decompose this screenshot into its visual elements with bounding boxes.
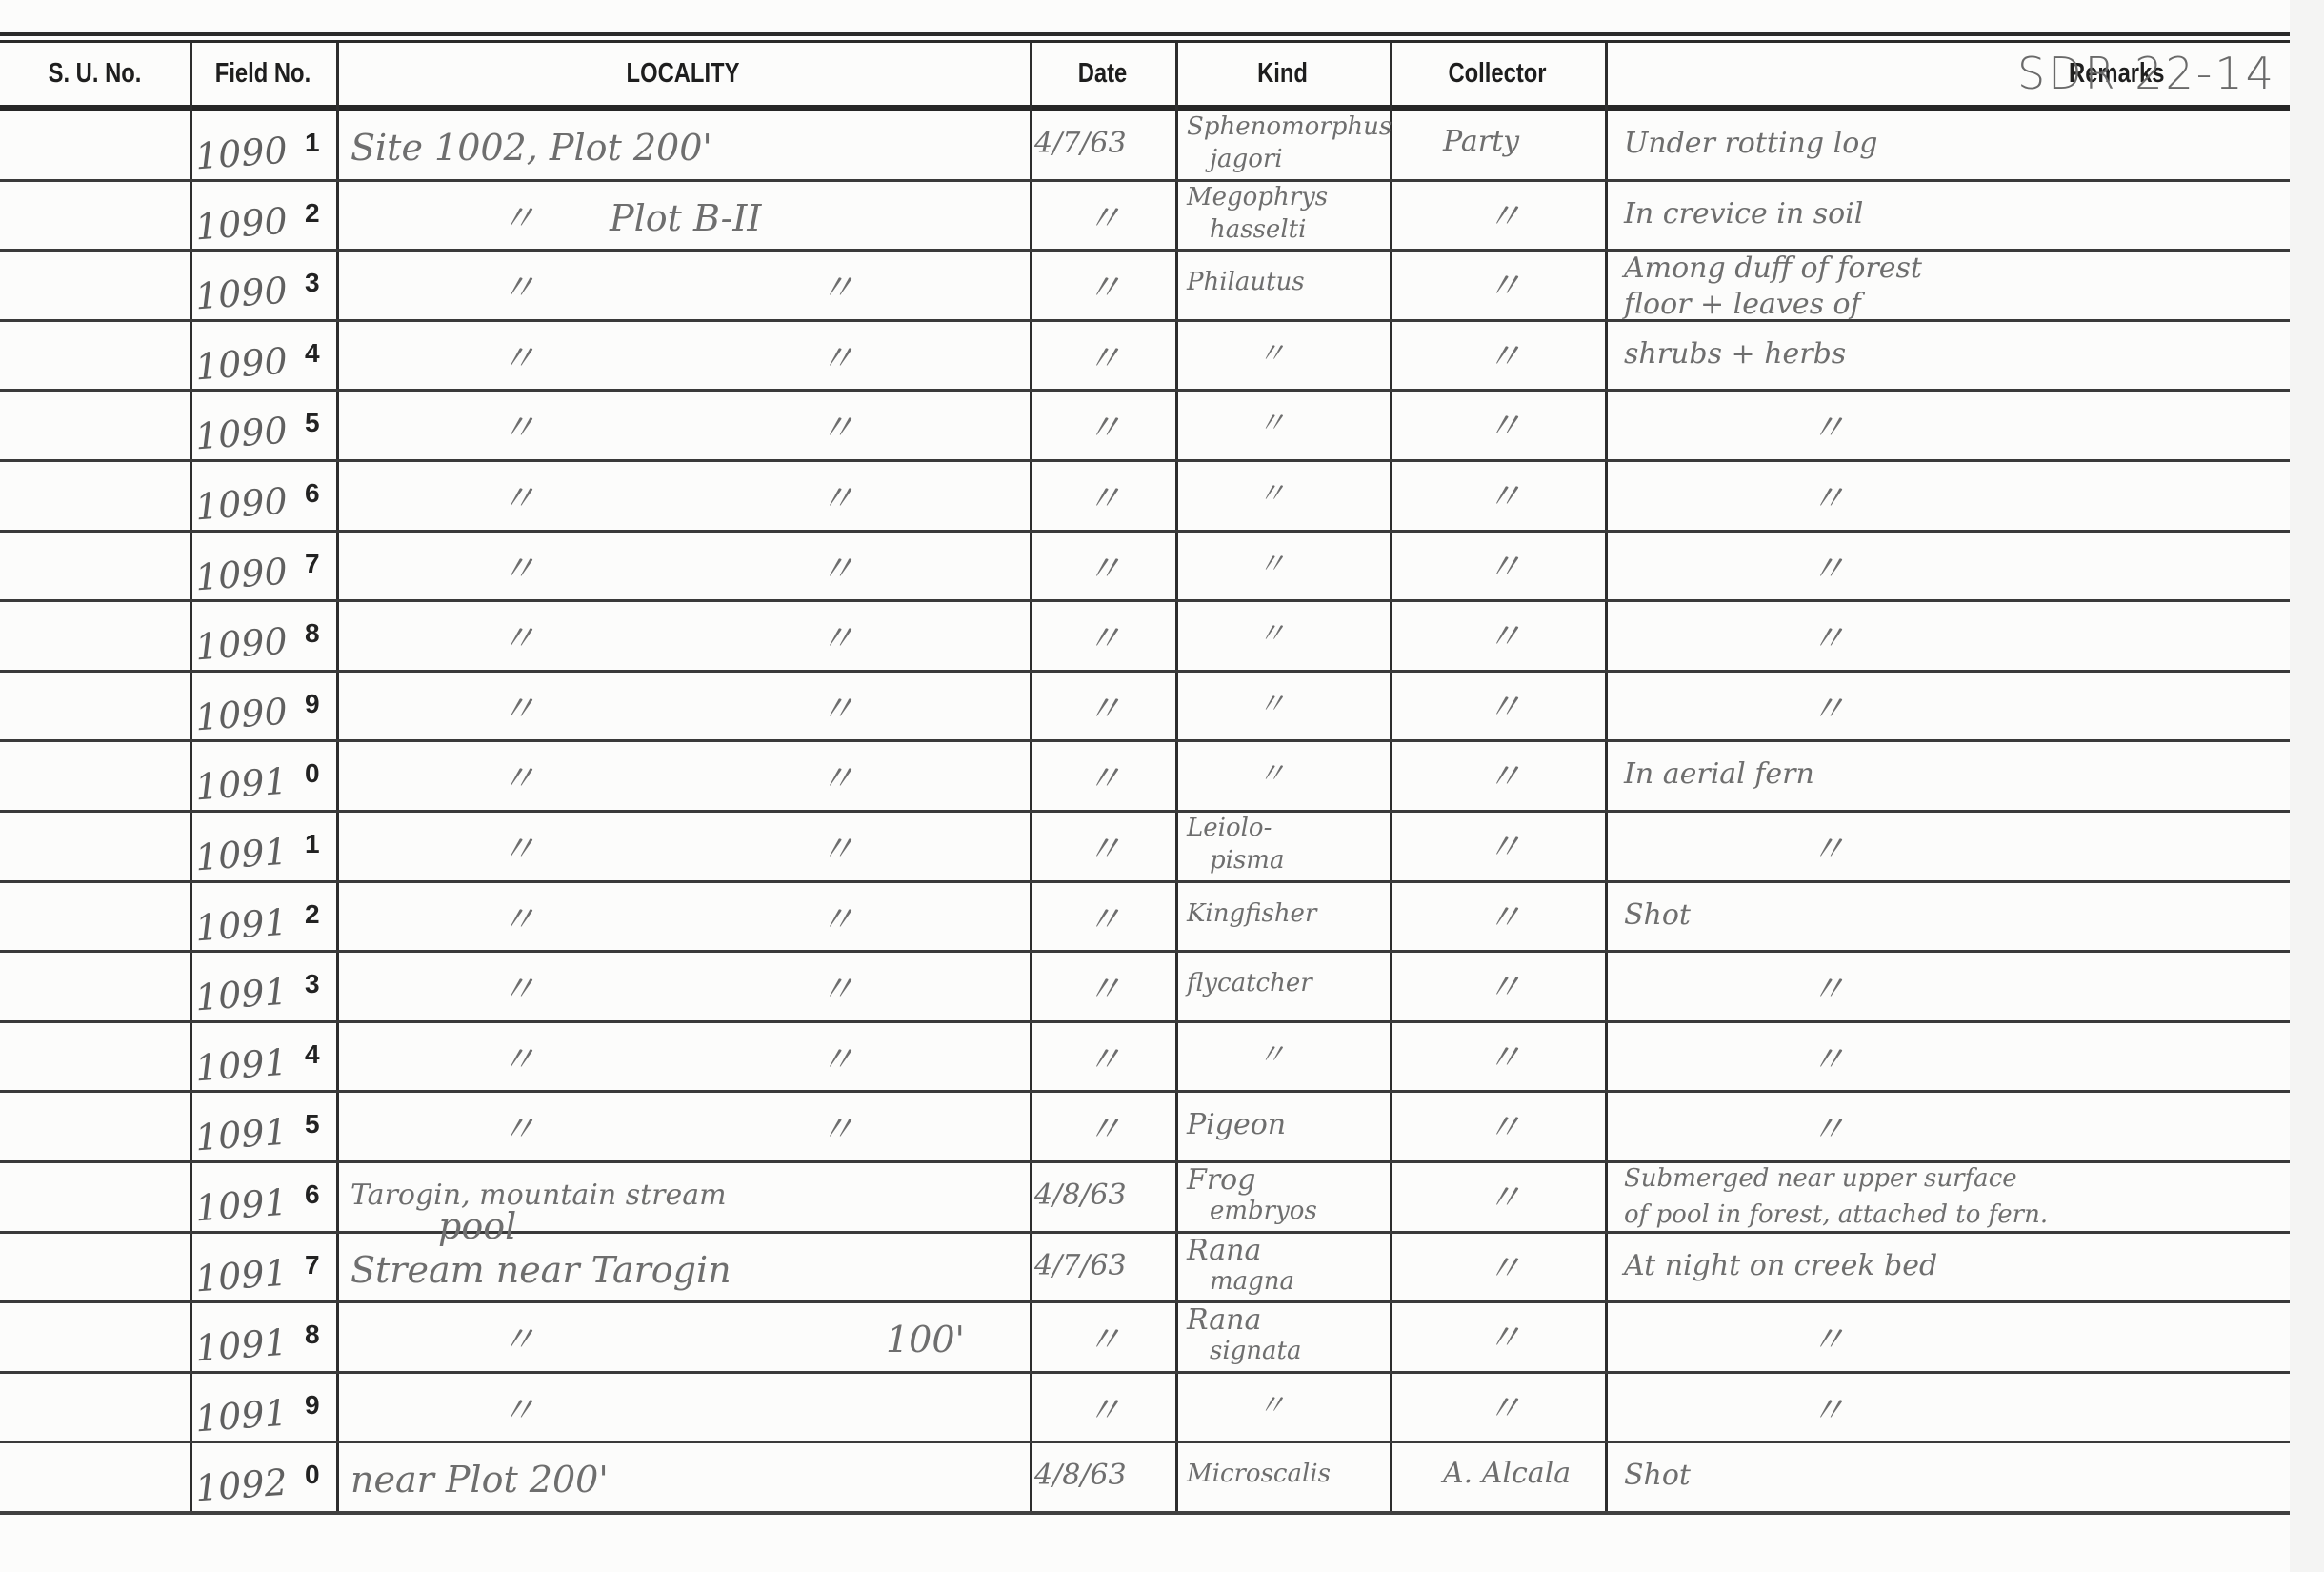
field-number-digit: 8 [305, 1320, 320, 1350]
date-value: 〃 [1086, 901, 1122, 937]
locality-text-2: 〃 [819, 760, 855, 796]
field-number-prefix: 1090 [194, 483, 289, 526]
collector-value: 〃 [1486, 1039, 1522, 1076]
date-value: 〃 [1086, 831, 1122, 867]
field-number-prefix: 1090 [194, 554, 289, 596]
header-date: Date [1043, 43, 1162, 105]
kind-value: Frog [1187, 1166, 1255, 1195]
kind-value: 〃 [1257, 620, 1286, 649]
collector-value: 〃 [1486, 549, 1522, 585]
collector-value: 〃 [1486, 1250, 1522, 1286]
table-row: 10920near Plot 200'4/8/63MicroscalisA. A… [0, 1442, 2290, 1513]
collector-value: 〃 [1486, 689, 1522, 725]
remarks-value: 〃 [1810, 1041, 1846, 1078]
kind-value-2: embryos [1210, 1199, 1317, 1223]
kind-value: Sphenomorphus [1187, 114, 1392, 139]
locality-text-2: 〃 [819, 620, 855, 656]
remarks-value: 〃 [1810, 410, 1846, 446]
collector-value: 〃 [1486, 758, 1522, 795]
remarks-value: Shot [1624, 901, 1691, 930]
kind-value: 〃 [1257, 340, 1286, 369]
date-value: 〃 [1086, 971, 1122, 1007]
field-number-digit: 6 [305, 478, 320, 509]
field-number-prefix: 1090 [194, 203, 289, 246]
kind-value: Rana [1187, 1237, 1261, 1265]
remarks-value: Under rotting log [1624, 130, 1877, 158]
kind-value: 〃 [1257, 410, 1286, 438]
date-value: 〃 [1086, 200, 1122, 236]
locality-text-2: 〃 [819, 1041, 855, 1078]
locality-text: 〃 [500, 551, 536, 587]
table-row: 10918〃100'〃Ranasignata〃〃 [0, 1302, 2290, 1373]
locality-text-2: 〃 [819, 480, 855, 516]
collector-value: 〃 [1486, 198, 1522, 234]
kind-value: 〃 [1257, 480, 1286, 509]
field-number-prefix: 1091 [194, 974, 289, 1017]
date-value: 〃 [1086, 1321, 1122, 1358]
remarks-value: Submerged near upper surface [1624, 1166, 2017, 1191]
remarks-value: 〃 [1810, 1321, 1846, 1358]
locality-text: Site 1002, Plot 200' [351, 130, 712, 166]
collector-value: 〃 [1486, 829, 1522, 865]
field-number-prefix: 1090 [194, 132, 289, 175]
locality-text: 〃 [500, 410, 536, 446]
remarks-value: 〃 [1810, 480, 1846, 516]
field-catalog-sheet: S. U. No. Field No. LOCALITY Date Kind C… [0, 0, 2324, 1572]
locality-text: 〃 [500, 340, 536, 376]
field-number-prefix: 1091 [194, 1324, 289, 1367]
date-value: 〃 [1086, 620, 1122, 656]
locality-text-2: 〃 [819, 410, 855, 446]
remarks-value: Shot [1624, 1461, 1691, 1490]
date-value: 〃 [1086, 480, 1122, 516]
table-row: 10915〃〃〃Pigeon〃〃 [0, 1092, 2290, 1162]
collector-value: 〃 [1486, 478, 1522, 514]
table-row: 10901Site 1002, Plot 200'4/7/63Sphenomor… [0, 111, 2290, 181]
kind-value: Philautus [1187, 270, 1305, 294]
kind-value-2: magna [1210, 1269, 1294, 1294]
locality-text: 〃 [500, 270, 536, 306]
table-row: 10916Tarogin, mountain streampool4/8/63F… [0, 1162, 2290, 1233]
kind-value: Pigeon [1187, 1111, 1286, 1139]
field-number-digit: 3 [305, 969, 320, 999]
kind-value: Megophrys [1187, 185, 1328, 210]
field-number-digit: 2 [305, 198, 320, 229]
remarks-value: In crevice in soil [1624, 200, 1863, 229]
kind-value: Microscalis [1187, 1461, 1331, 1486]
date-value: 〃 [1086, 1392, 1122, 1428]
remarks-value: 〃 [1810, 971, 1846, 1007]
date-value: 〃 [1086, 270, 1122, 306]
table-row: 10912〃〃〃Kingfisher〃Shot [0, 882, 2290, 953]
table-row: 10913〃〃〃flycatcher〃〃 [0, 952, 2290, 1022]
remarks-value: Among duff of forest [1624, 254, 1922, 283]
field-number-digit: 0 [305, 1460, 320, 1490]
table-row: 10910〃〃〃〃〃In aerial fern [0, 741, 2290, 812]
field-number-prefix: 1090 [194, 413, 289, 455]
paper-edge [2290, 0, 2324, 1572]
table-row: 10914〃〃〃〃〃〃 [0, 1022, 2290, 1093]
locality-text-2: 〃 [819, 1111, 855, 1147]
field-number-prefix: 1091 [194, 1114, 289, 1157]
field-number-prefix: 1090 [194, 343, 289, 386]
header-locality: LOCALITY [399, 43, 968, 105]
field-number-prefix: 1090 [194, 694, 289, 736]
table-row: 10903〃〃〃Philautus〃Among duff of forestfl… [0, 251, 2290, 321]
field-number-digit: 1 [305, 829, 320, 859]
field-number-prefix: 1091 [194, 904, 289, 947]
locality-text: 〃 [500, 901, 536, 937]
locality-text: near Plot 200' [351, 1461, 609, 1498]
collector-value: A. Alcala [1443, 1460, 1571, 1488]
remarks-value-2: of pool in forest, attached to fern. [1624, 1202, 2048, 1227]
date-value: 〃 [1086, 1111, 1122, 1147]
table-row: 10909〃〃〃〃〃〃 [0, 672, 2290, 742]
locality-text: 〃 [500, 760, 536, 796]
collector-value: Party [1443, 128, 1519, 156]
top-rule [0, 32, 2290, 36]
field-number-prefix: 1090 [194, 623, 289, 666]
table-row: 10907〃〃〃〃〃〃 [0, 532, 2290, 602]
kind-value: Leiolo- [1187, 816, 1272, 840]
locality-text: 〃 [500, 1321, 536, 1358]
kind-value: flycatcher [1187, 971, 1312, 996]
field-number-prefix: 1091 [194, 763, 289, 806]
kind-value: 〃 [1257, 1392, 1286, 1421]
field-number-digit: 9 [305, 1390, 320, 1421]
kind-value: Rana [1187, 1306, 1261, 1335]
table-row: 10917Stream near Tarogin4/7/63Ranamagna〃… [0, 1233, 2290, 1303]
field-number-digit: 8 [305, 618, 320, 649]
date-value: 〃 [1086, 760, 1122, 796]
remarks-value: shrubs + herbs [1624, 340, 1846, 369]
header-kind: Kind [1194, 43, 1371, 105]
date-value: 4/7/63 [1034, 130, 1127, 158]
locality-text: 〃 [500, 691, 536, 727]
locality-text: 〃 [500, 620, 536, 656]
remarks-value: In aerial fern [1624, 760, 1814, 789]
kind-value: 〃 [1257, 551, 1286, 579]
collector-value: 〃 [1486, 1109, 1522, 1145]
field-number-digit: 3 [305, 268, 320, 298]
locality-text: 〃 [500, 480, 536, 516]
collector-value: 〃 [1486, 618, 1522, 655]
locality-text-2: 〃 [819, 901, 855, 937]
table-row: 10906〃〃〃〃〃〃 [0, 461, 2290, 532]
header-collector: Collector [1409, 43, 1585, 105]
field-number-digit: 1 [305, 128, 320, 158]
header-field-no: Field No. [203, 43, 323, 105]
locality-text: 〃 [500, 1392, 536, 1428]
date-value: 〃 [1086, 691, 1122, 727]
date-value: 4/7/63 [1034, 1252, 1127, 1280]
locality-text: 〃 [500, 831, 536, 867]
field-number-digit: 7 [305, 549, 320, 579]
catalog-annotation: SDR 22-14 [2017, 48, 2276, 99]
field-number-prefix: 1091 [194, 1255, 289, 1298]
locality-text-2: Plot B-II [610, 200, 761, 236]
remarks-value: 〃 [1810, 551, 1846, 587]
table-row: 10902〃Plot B-II〃Megophryshasselti〃In cre… [0, 181, 2290, 252]
header-su-no: S. U. No. [17, 43, 172, 105]
remarks-value: 〃 [1810, 691, 1846, 727]
field-number-prefix: 1090 [194, 272, 289, 315]
collector-value: 〃 [1486, 1390, 1522, 1426]
field-number-prefix: 1091 [194, 1044, 289, 1087]
date-value: 4/8/63 [1034, 1181, 1127, 1210]
kind-value-2: signata [1210, 1339, 1302, 1363]
kind-value-2: jagori [1210, 147, 1283, 171]
field-number-prefix: 1092 [194, 1464, 289, 1507]
field-number-digit: 5 [305, 408, 320, 438]
date-value: 〃 [1086, 340, 1122, 376]
locality-text-2: 〃 [819, 270, 855, 306]
remarks-value: 〃 [1810, 831, 1846, 867]
table-row: 10908〃〃〃〃〃〃 [0, 601, 2290, 672]
locality-text: 〃 [500, 1041, 536, 1078]
locality-text-2: 〃 [819, 691, 855, 727]
field-number-digit: 7 [305, 1250, 320, 1280]
date-value: 〃 [1086, 1041, 1122, 1078]
kind-value-2: pisma [1210, 848, 1284, 873]
remarks-value: 〃 [1810, 1111, 1846, 1147]
locality-text-2: 100' [886, 1321, 965, 1358]
field-number-digit: 9 [305, 689, 320, 719]
kind-value-2: hasselti [1210, 217, 1306, 242]
date-value: 4/8/63 [1034, 1461, 1127, 1490]
locality-text-2: 〃 [819, 551, 855, 587]
field-number-digit: 4 [305, 1039, 320, 1070]
locality-text-2: 〃 [819, 340, 855, 376]
table-row: 10919〃〃〃〃〃 [0, 1373, 2290, 1443]
field-number-digit: 4 [305, 338, 320, 369]
table-row: 10911〃〃〃Leiolo-pisma〃〃 [0, 812, 2290, 882]
kind-value: 〃 [1257, 691, 1286, 719]
locality-text: Stream near Tarogin [351, 1252, 731, 1288]
collector-value: 〃 [1486, 899, 1522, 936]
remarks-value-2: floor + leaves of [1624, 291, 1861, 319]
remarks-value: At night on creek bed [1624, 1252, 1937, 1280]
collector-value: 〃 [1486, 969, 1522, 1005]
date-value: 〃 [1086, 410, 1122, 446]
remarks-value: 〃 [1810, 1392, 1846, 1428]
date-value: 〃 [1086, 551, 1122, 587]
field-number-prefix: 1091 [194, 1184, 289, 1227]
kind-value: 〃 [1257, 1041, 1286, 1070]
field-number-digit: 0 [305, 758, 320, 789]
kind-value: 〃 [1257, 760, 1286, 789]
collector-value: 〃 [1486, 1179, 1522, 1216]
field-number-digit: 2 [305, 899, 320, 930]
kind-value: Kingfisher [1187, 901, 1316, 926]
collector-value: 〃 [1486, 268, 1522, 304]
collector-value: 〃 [1486, 1320, 1522, 1356]
locality-text: 〃 [500, 1111, 536, 1147]
locality-text: 〃 [500, 200, 536, 236]
locality-text-2: 〃 [819, 971, 855, 1007]
field-number-prefix: 1091 [194, 1395, 289, 1438]
locality-text: Tarogin, mountain stream [351, 1181, 727, 1210]
collector-value: 〃 [1486, 338, 1522, 374]
remarks-value: 〃 [1810, 620, 1846, 656]
table-row: 10905〃〃〃〃〃〃 [0, 391, 2290, 461]
field-number-digit: 6 [305, 1179, 320, 1210]
locality-text: 〃 [500, 971, 536, 1007]
table-row: 10904〃〃〃〃〃shrubs + herbs [0, 321, 2290, 392]
collector-value: 〃 [1486, 408, 1522, 444]
field-number-prefix: 1091 [194, 834, 289, 877]
field-number-digit: 5 [305, 1109, 320, 1139]
locality-text-2: 〃 [819, 831, 855, 867]
